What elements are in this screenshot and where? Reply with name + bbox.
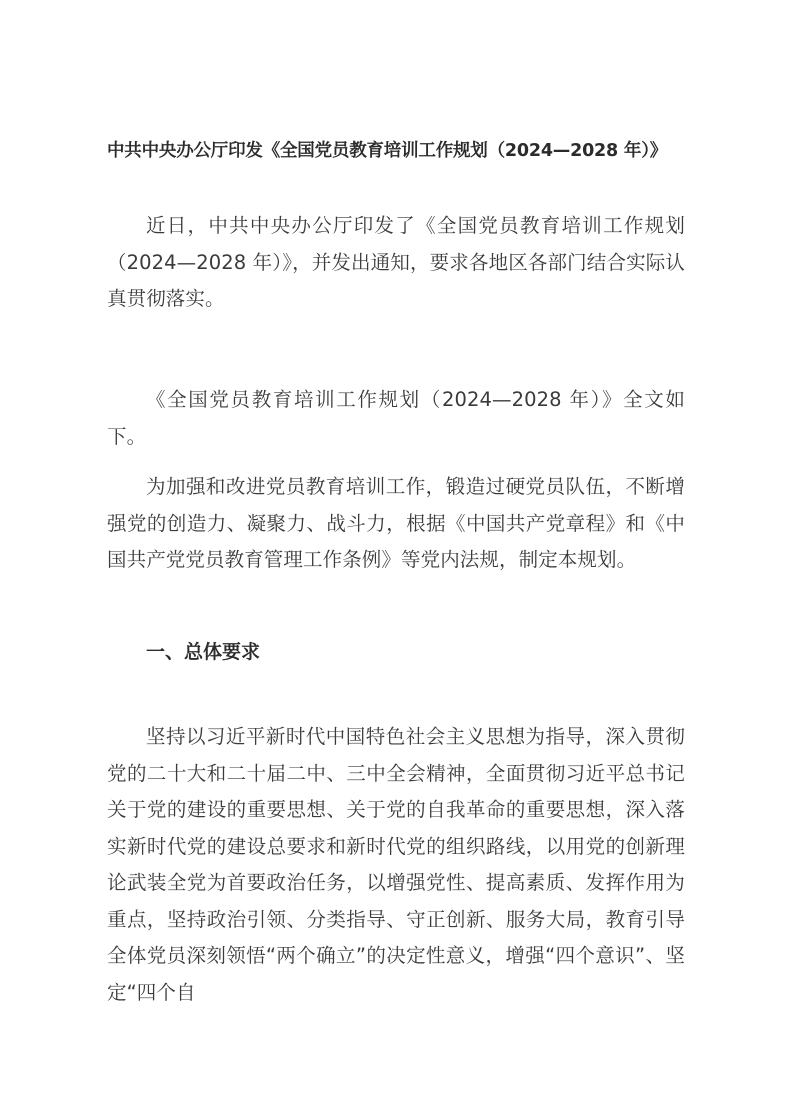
section-heading: 一、总体要求 [146, 637, 260, 664]
purpose-paragraph: 为加强和改进党员教育培训工作，锻造过硬党员队伍，不断增强党的创造力、凝聚力、战斗… [107, 469, 685, 579]
section-paragraph: 坚持以习近平新时代中国特色社会主义思想为指导，深入贯彻党的二十大和二十届二中、三… [107, 719, 685, 1011]
document-title: 中共中央办公厅印发《全国党员教育培训工作规划（2024—2028 年）》 [107, 137, 707, 162]
fulltext-note-paragraph: 《全国党员教育培训工作规划（2024—2028 年）》全文如下。 [107, 382, 685, 455]
intro-paragraph: 近日，中共中央办公厅印发了《全国党员教育培训工作规划（2024—2028 年）》… [107, 208, 685, 318]
